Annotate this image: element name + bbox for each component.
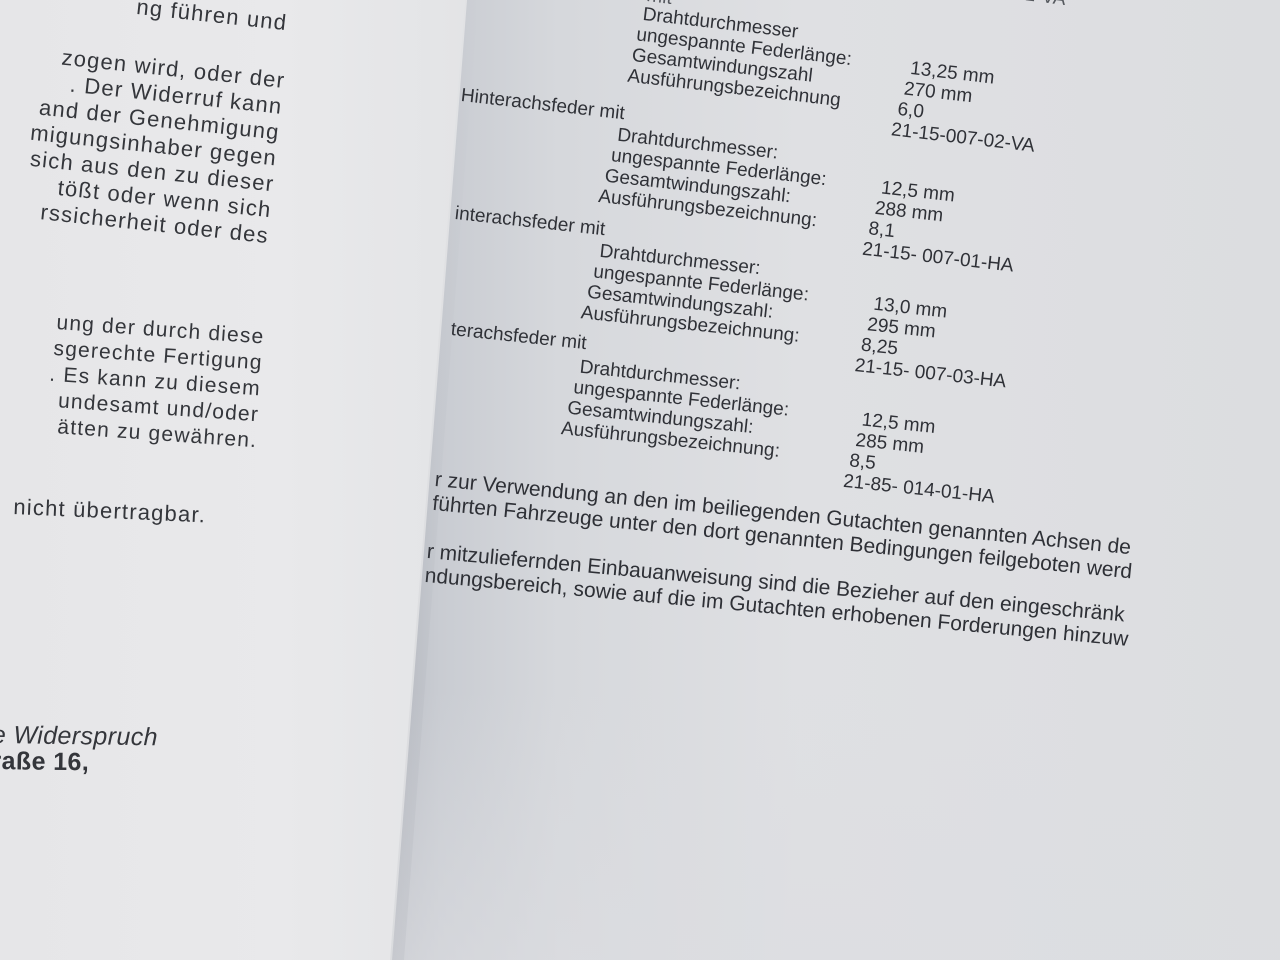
spring-heading: Hinterachsfeder mit <box>460 86 626 124</box>
spec-value: 21-85- 014-01-HA <box>842 472 995 508</box>
spec-value: 8,5 <box>848 451 876 474</box>
revocation-paragraph: zogen wird, oder der . Der Widerruf kann… <box>0 38 286 249</box>
spec-value: 21-15- 007-03-HA <box>854 356 1007 392</box>
paragraph-fragment: ng führen und <box>135 0 288 36</box>
right-page: mit ...01-VA Drahtdurchmesser ungespannt… <box>380 0 1280 960</box>
address-line: raße 16, <box>0 748 158 776</box>
production-paragraph: ung der durch diese sgerechte Fertigung … <box>0 306 265 454</box>
transferability-line: nicht übertragbar. <box>13 494 207 528</box>
spring-heading: terachsfeder mit <box>450 320 588 354</box>
spec-value: 21-15- 007-01-HA <box>861 240 1014 277</box>
paragraph-line: nicht übertragbar. <box>13 494 207 528</box>
spec-value: 21-15-007-02-VA <box>890 120 1036 156</box>
top-fragment-right: ...01-VA <box>998 0 1067 10</box>
objection-line: e Widerspruch <box>0 722 158 750</box>
spring-heading: interachsfeder mit <box>454 204 606 240</box>
left-page: ng führen und zogen wird, oder der . Der… <box>0 0 470 960</box>
paragraph-line: ng führen und <box>135 0 288 36</box>
objection-address: e Widerspruch raße 16, <box>0 722 158 776</box>
